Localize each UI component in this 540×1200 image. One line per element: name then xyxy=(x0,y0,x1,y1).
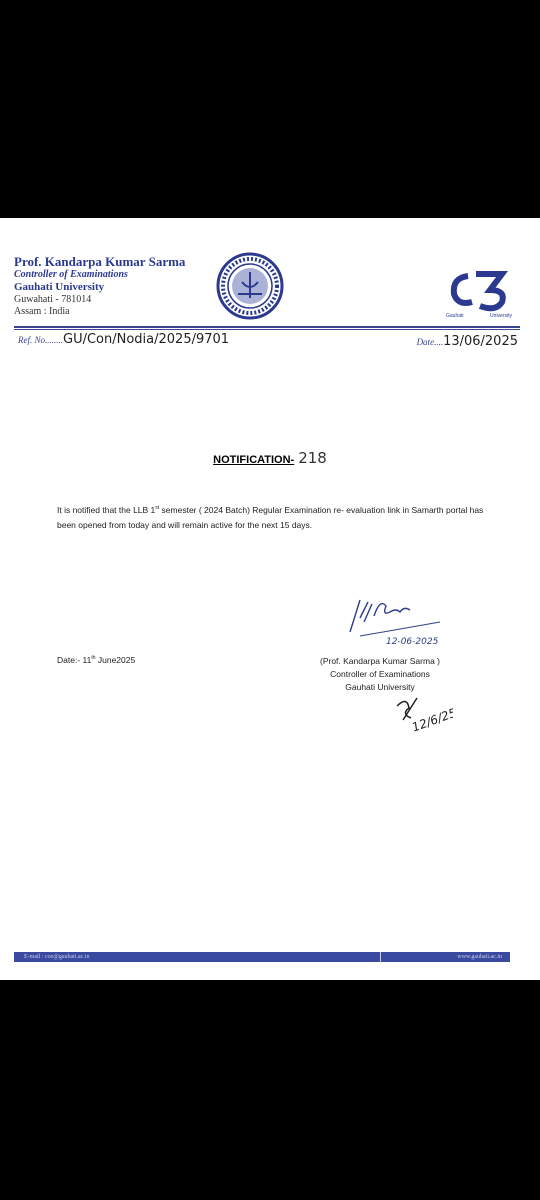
footer-divider xyxy=(380,952,381,962)
date-value: 13/06/2025 xyxy=(443,334,518,349)
reference-date: Date....13/06/2025 xyxy=(417,334,518,349)
notification-body: It is notified that the LLB 1st semester… xyxy=(57,501,497,533)
header-rule xyxy=(14,326,520,328)
anniversary-logo: Gauhati University xyxy=(446,268,512,322)
sender-city: Guwahati - 781014 xyxy=(14,294,185,306)
sender-state: Assam : India xyxy=(14,306,185,318)
svg-text:12-06-2025: 12-06-2025 xyxy=(386,637,439,647)
signatory-role: Controller of Examinations xyxy=(290,668,470,681)
university-seal-icon xyxy=(216,252,284,320)
header-rule-thin xyxy=(14,329,520,330)
gu-75-logo-icon xyxy=(446,268,512,312)
signatory-name: (Prof. Kandarpa Kumar Sarma ) xyxy=(290,655,470,668)
reference-number: Ref. No........GU/Con/Nodia/2025/9701 xyxy=(18,332,229,347)
signatory-block: (Prof. Kandarpa Kumar Sarma ) Controller… xyxy=(290,655,470,694)
letterhead-sender: Prof. Kandarpa Kumar Sarma Controller of… xyxy=(14,254,185,318)
footer-bar: E-mail : coe@gauhati.ac.in www.gauhati.a… xyxy=(14,952,510,962)
notification-heading: NOTIFICATION-218 xyxy=(0,449,540,467)
document-page: Prof. Kandarpa Kumar Sarma Controller of… xyxy=(0,218,540,980)
sender-name: Prof. Kandarpa Kumar Sarma xyxy=(14,254,185,269)
issue-date: Date:- 11th June2025 xyxy=(57,655,135,665)
initials-icon: 12/6/25 xyxy=(393,692,453,734)
footer-website: www.gauhati.ac.in xyxy=(457,952,502,962)
footer-email: E-mail : coe@gauhati.ac.in xyxy=(24,952,90,962)
svg-text:12/6/25: 12/6/25 xyxy=(410,706,453,734)
signature-icon: 12-06-2025 xyxy=(330,592,470,648)
logo-caption: Gauhati University xyxy=(446,312,512,320)
sender-university: Gauhati University xyxy=(14,281,185,294)
notification-number: 218 xyxy=(298,449,327,467)
notification-title: NOTIFICATION- xyxy=(213,454,294,466)
sender-role: Controller of Examinations xyxy=(14,269,185,281)
ref-value: GU/Con/Nodia/2025/9701 xyxy=(63,332,229,347)
